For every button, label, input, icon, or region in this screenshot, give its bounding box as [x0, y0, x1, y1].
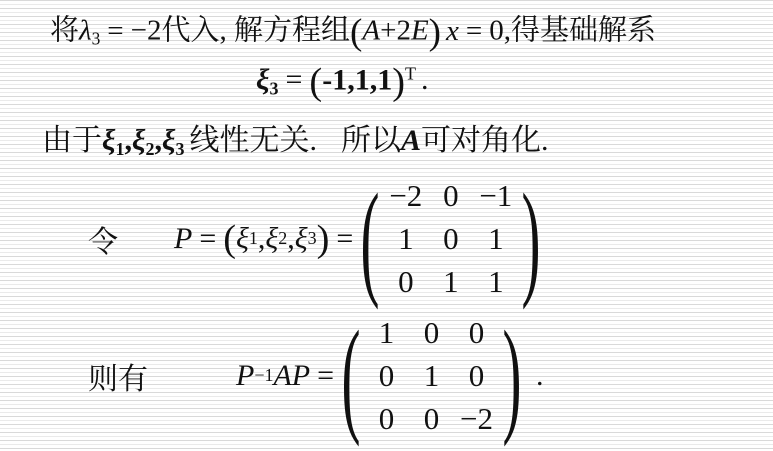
equals-sign: = [336, 222, 353, 256]
equals-sign: = [317, 359, 334, 393]
matrix-cell: 0 [443, 221, 459, 257]
text-youyu: 由于 [42, 124, 102, 157]
slide-background: { "colors": { "text": "#111111", "stripe… [0, 0, 773, 451]
xi3-subscript: 3 [175, 139, 184, 159]
var-A: A [362, 15, 380, 47]
matrix-diagonal: ( 1 0 0 0 1 0 0 0 −2 ) [341, 311, 522, 440]
matrix-diagonal-cells: 1 0 0 0 1 0 0 0 −2 [364, 311, 499, 440]
matrix-open-paren: ( [361, 174, 380, 303]
close-paren: ) [317, 217, 330, 261]
line-linear-independence: 由于ξ1,ξ2,ξ3线性无关.所以A可对角化. [42, 122, 548, 161]
matrix-close-paren: ) [522, 174, 541, 303]
matrix-close-paren: ) [503, 311, 522, 440]
inverse-superscript: −1 [254, 365, 273, 386]
matrix-cell: 1 [398, 221, 414, 257]
matrix-cell: 0 [379, 401, 395, 437]
text-ling-label: 令 [88, 217, 118, 261]
matrix-P: ( −2 0 −1 1 0 1 0 1 1 ) [360, 174, 541, 303]
xi3-symbol: ξ [295, 222, 308, 256]
block-matrix-P: 令 P = ( ξ1,ξ2,ξ3 ) = ( −2 0 −1 1 0 1 0 1… [88, 174, 541, 303]
matrix-open-paren: ( [342, 311, 361, 440]
value-neg-two: −2 [131, 15, 162, 47]
matrix-cell: 1 [379, 315, 395, 351]
period: . [421, 63, 429, 96]
xi3-subscript: 3 [308, 228, 317, 249]
comma: , [154, 124, 162, 157]
text-substitute-solve: 代入, 解方程组 [162, 15, 351, 47]
matrix-cell: 0 [424, 315, 440, 351]
matrix-cell: 1 [488, 264, 504, 300]
matrix-cell: −1 [479, 178, 512, 214]
line-xi3-solution: ξ3=(-1,1,1)T. [256, 58, 429, 106]
matrix-cell: 1 [424, 358, 440, 394]
equals-sign: = [199, 222, 216, 256]
xi1-symbol: ξ [102, 124, 115, 157]
period: . [536, 359, 544, 393]
xi2-symbol: ξ [132, 124, 145, 157]
matrix-cell: 1 [443, 264, 459, 300]
comma: , [124, 124, 132, 157]
text-jiang: 将 [50, 15, 79, 47]
xi1-subscript: 1 [249, 228, 258, 249]
comma: , [258, 222, 266, 256]
var-P: P [174, 222, 192, 256]
block-matrix-diagonal: 则有 P−1AP = ( 1 0 0 0 1 0 0 0 −2 ) . [88, 311, 544, 440]
text-linearly-independent: 线性无关. [189, 124, 317, 157]
text-diagonalizable: 可对角化. [421, 124, 549, 157]
matrix-cell: 0 [379, 358, 395, 394]
var-x: x [446, 15, 459, 47]
plus-two: +2 [380, 15, 411, 47]
open-paren: ( [309, 61, 322, 103]
matrix-cell: −2 [389, 178, 422, 214]
transpose-superscript: T [405, 64, 416, 84]
matrix-cell: −2 [460, 401, 493, 437]
xi2-symbol: ξ [265, 222, 278, 256]
text-basis-system: 得基础解系 [511, 15, 656, 47]
matrix-cell: 0 [469, 315, 485, 351]
xi-symbol: ξ [256, 63, 269, 96]
equals-sign: = [107, 15, 123, 47]
matrix-cell: 0 [424, 401, 440, 437]
text-zeyou-label: 则有 [88, 354, 148, 398]
xi3-symbol: ξ [162, 124, 175, 157]
xi1-symbol: ξ [236, 222, 249, 256]
close-paren: ) [429, 12, 441, 53]
matrix-cell: 1 [488, 221, 504, 257]
equals-sign: = [285, 63, 302, 96]
var-P: P [236, 359, 254, 393]
vector-values: -1,1,1 [322, 63, 392, 96]
var-AP: AP [273, 359, 310, 393]
matrix-P-cells: −2 0 −1 1 0 1 0 1 1 [383, 174, 518, 303]
xi2-subscript: 2 [278, 228, 287, 249]
xi-subscript: 3 [269, 78, 278, 98]
close-paren: ) [392, 61, 405, 103]
var-A: A [401, 124, 421, 157]
matrix-cell: 0 [469, 358, 485, 394]
text-suoyi: 所以 [341, 124, 401, 157]
line-substitute-lambda: 将λ3=−2代入, 解方程组(A+2E)x=0,得基础解系 [50, 10, 656, 56]
matrix-cell: 0 [398, 264, 414, 300]
open-paren: ( [350, 12, 362, 53]
matrix-cell: 0 [443, 178, 459, 214]
lambda-symbol: λ [79, 15, 92, 47]
lambda-subscript: 3 [92, 28, 101, 48]
var-E: E [411, 15, 429, 47]
comma: , [287, 222, 295, 256]
value-zero: 0, [489, 15, 511, 47]
equals-sign: = [466, 15, 482, 47]
open-paren: ( [223, 217, 236, 261]
